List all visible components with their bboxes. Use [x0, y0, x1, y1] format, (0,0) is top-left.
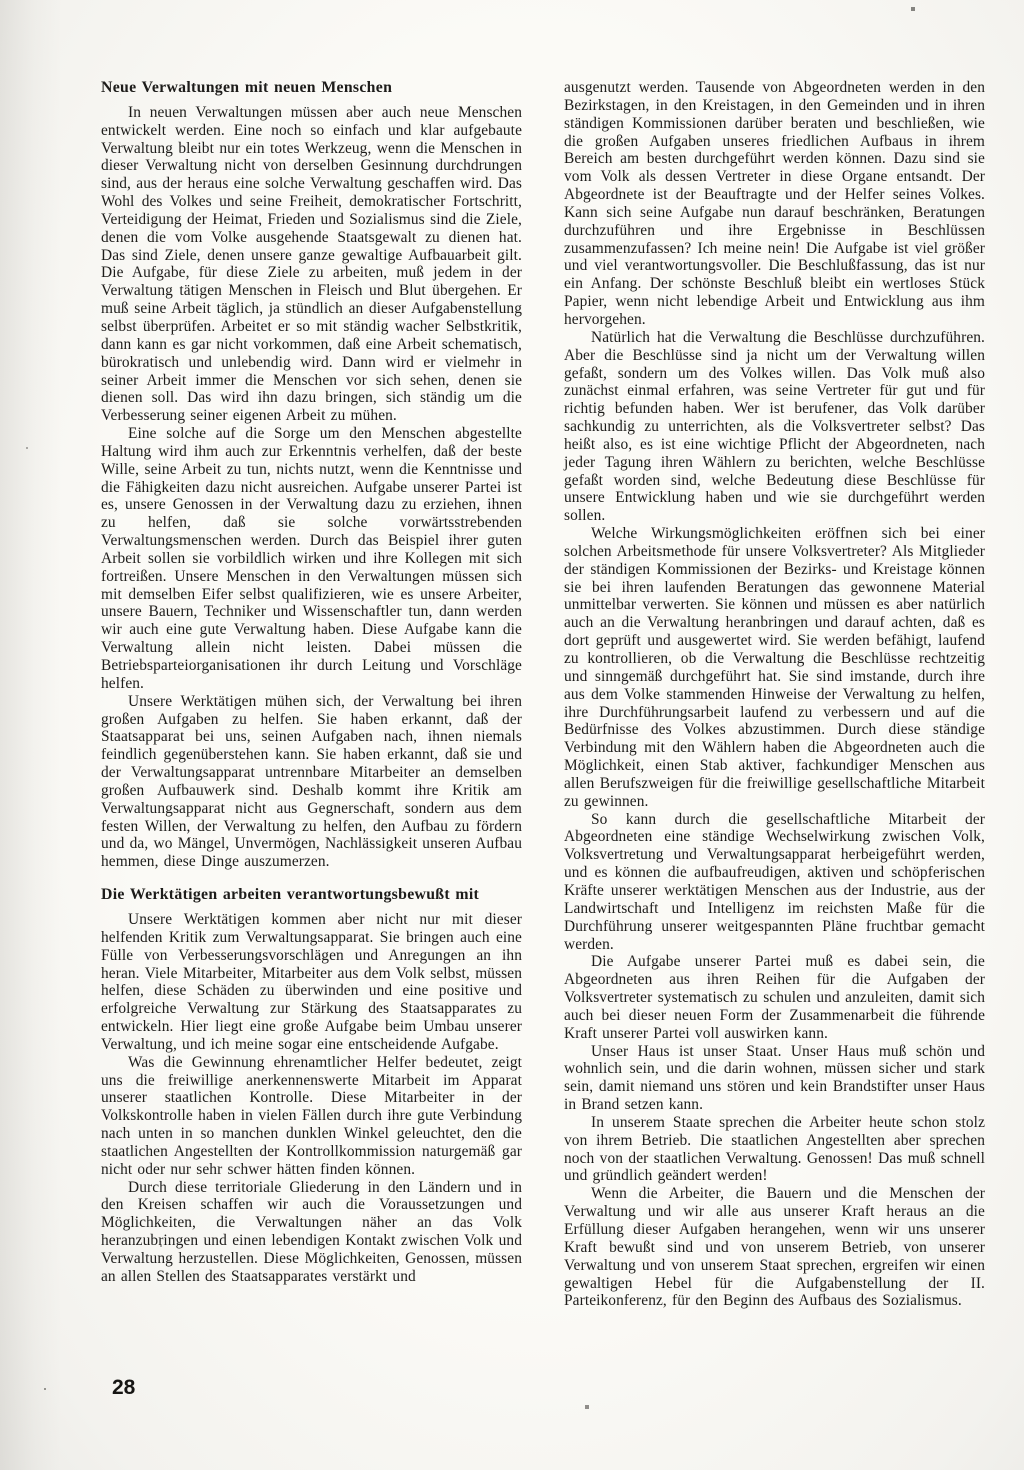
- left-text-column: Neue Verwaltungen mit neuen MenschenIn n…: [101, 79, 522, 1286]
- body-paragraph: In unserem Staate sprechen die Arbeiter …: [564, 1114, 985, 1185]
- scan-speckle-artifacts: [0, 0, 2, 2]
- body-paragraph: Unser Haus ist unser Staat. Unser Haus m…: [564, 1043, 985, 1114]
- page-number: 28: [112, 1376, 135, 1400]
- body-paragraph: Durch diese territoriale Gliederung in d…: [101, 1179, 522, 1286]
- scanned-document-page: Neue Verwaltungen mit neuen MenschenIn n…: [0, 0, 1024, 1470]
- body-paragraph: Welche Wirkungsmöglichkeiten eröffnen si…: [564, 525, 985, 811]
- body-paragraph: Was die Gewinnung ehrenamtlicher Helfer …: [101, 1054, 522, 1179]
- body-paragraph: Eine solche auf die Sorge um den Mensche…: [101, 425, 522, 693]
- body-paragraph: Die Aufgabe unserer Partei muß es dabei …: [564, 953, 985, 1042]
- body-paragraph: ausgenutzt werden. Tausende von Abgeordn…: [564, 79, 985, 329]
- body-paragraph: So kann durch die gesellschaftliche Mita…: [564, 811, 985, 954]
- body-paragraph: Unsere Werktätigen mühen sich, der Verwa…: [101, 693, 522, 871]
- body-paragraph: Wenn die Arbeiter, die Bauern und die Me…: [564, 1185, 985, 1310]
- section-heading: Die Werktätigen arbeiten verantwortungsb…: [101, 886, 522, 904]
- body-paragraph: Natürlich hat die Verwaltung die Beschlü…: [564, 329, 985, 525]
- section-heading: Neue Verwaltungen mit neuen Menschen: [101, 79, 522, 97]
- scan-gutter-shading: [0, 0, 62, 1470]
- body-paragraph: Unsere Werktätigen kommen aber nicht nur…: [101, 911, 522, 1054]
- right-text-column: ausgenutzt werden. Tausende von Abgeordn…: [564, 79, 985, 1310]
- body-paragraph: In neuen Verwaltungen müssen aber auch n…: [101, 104, 522, 425]
